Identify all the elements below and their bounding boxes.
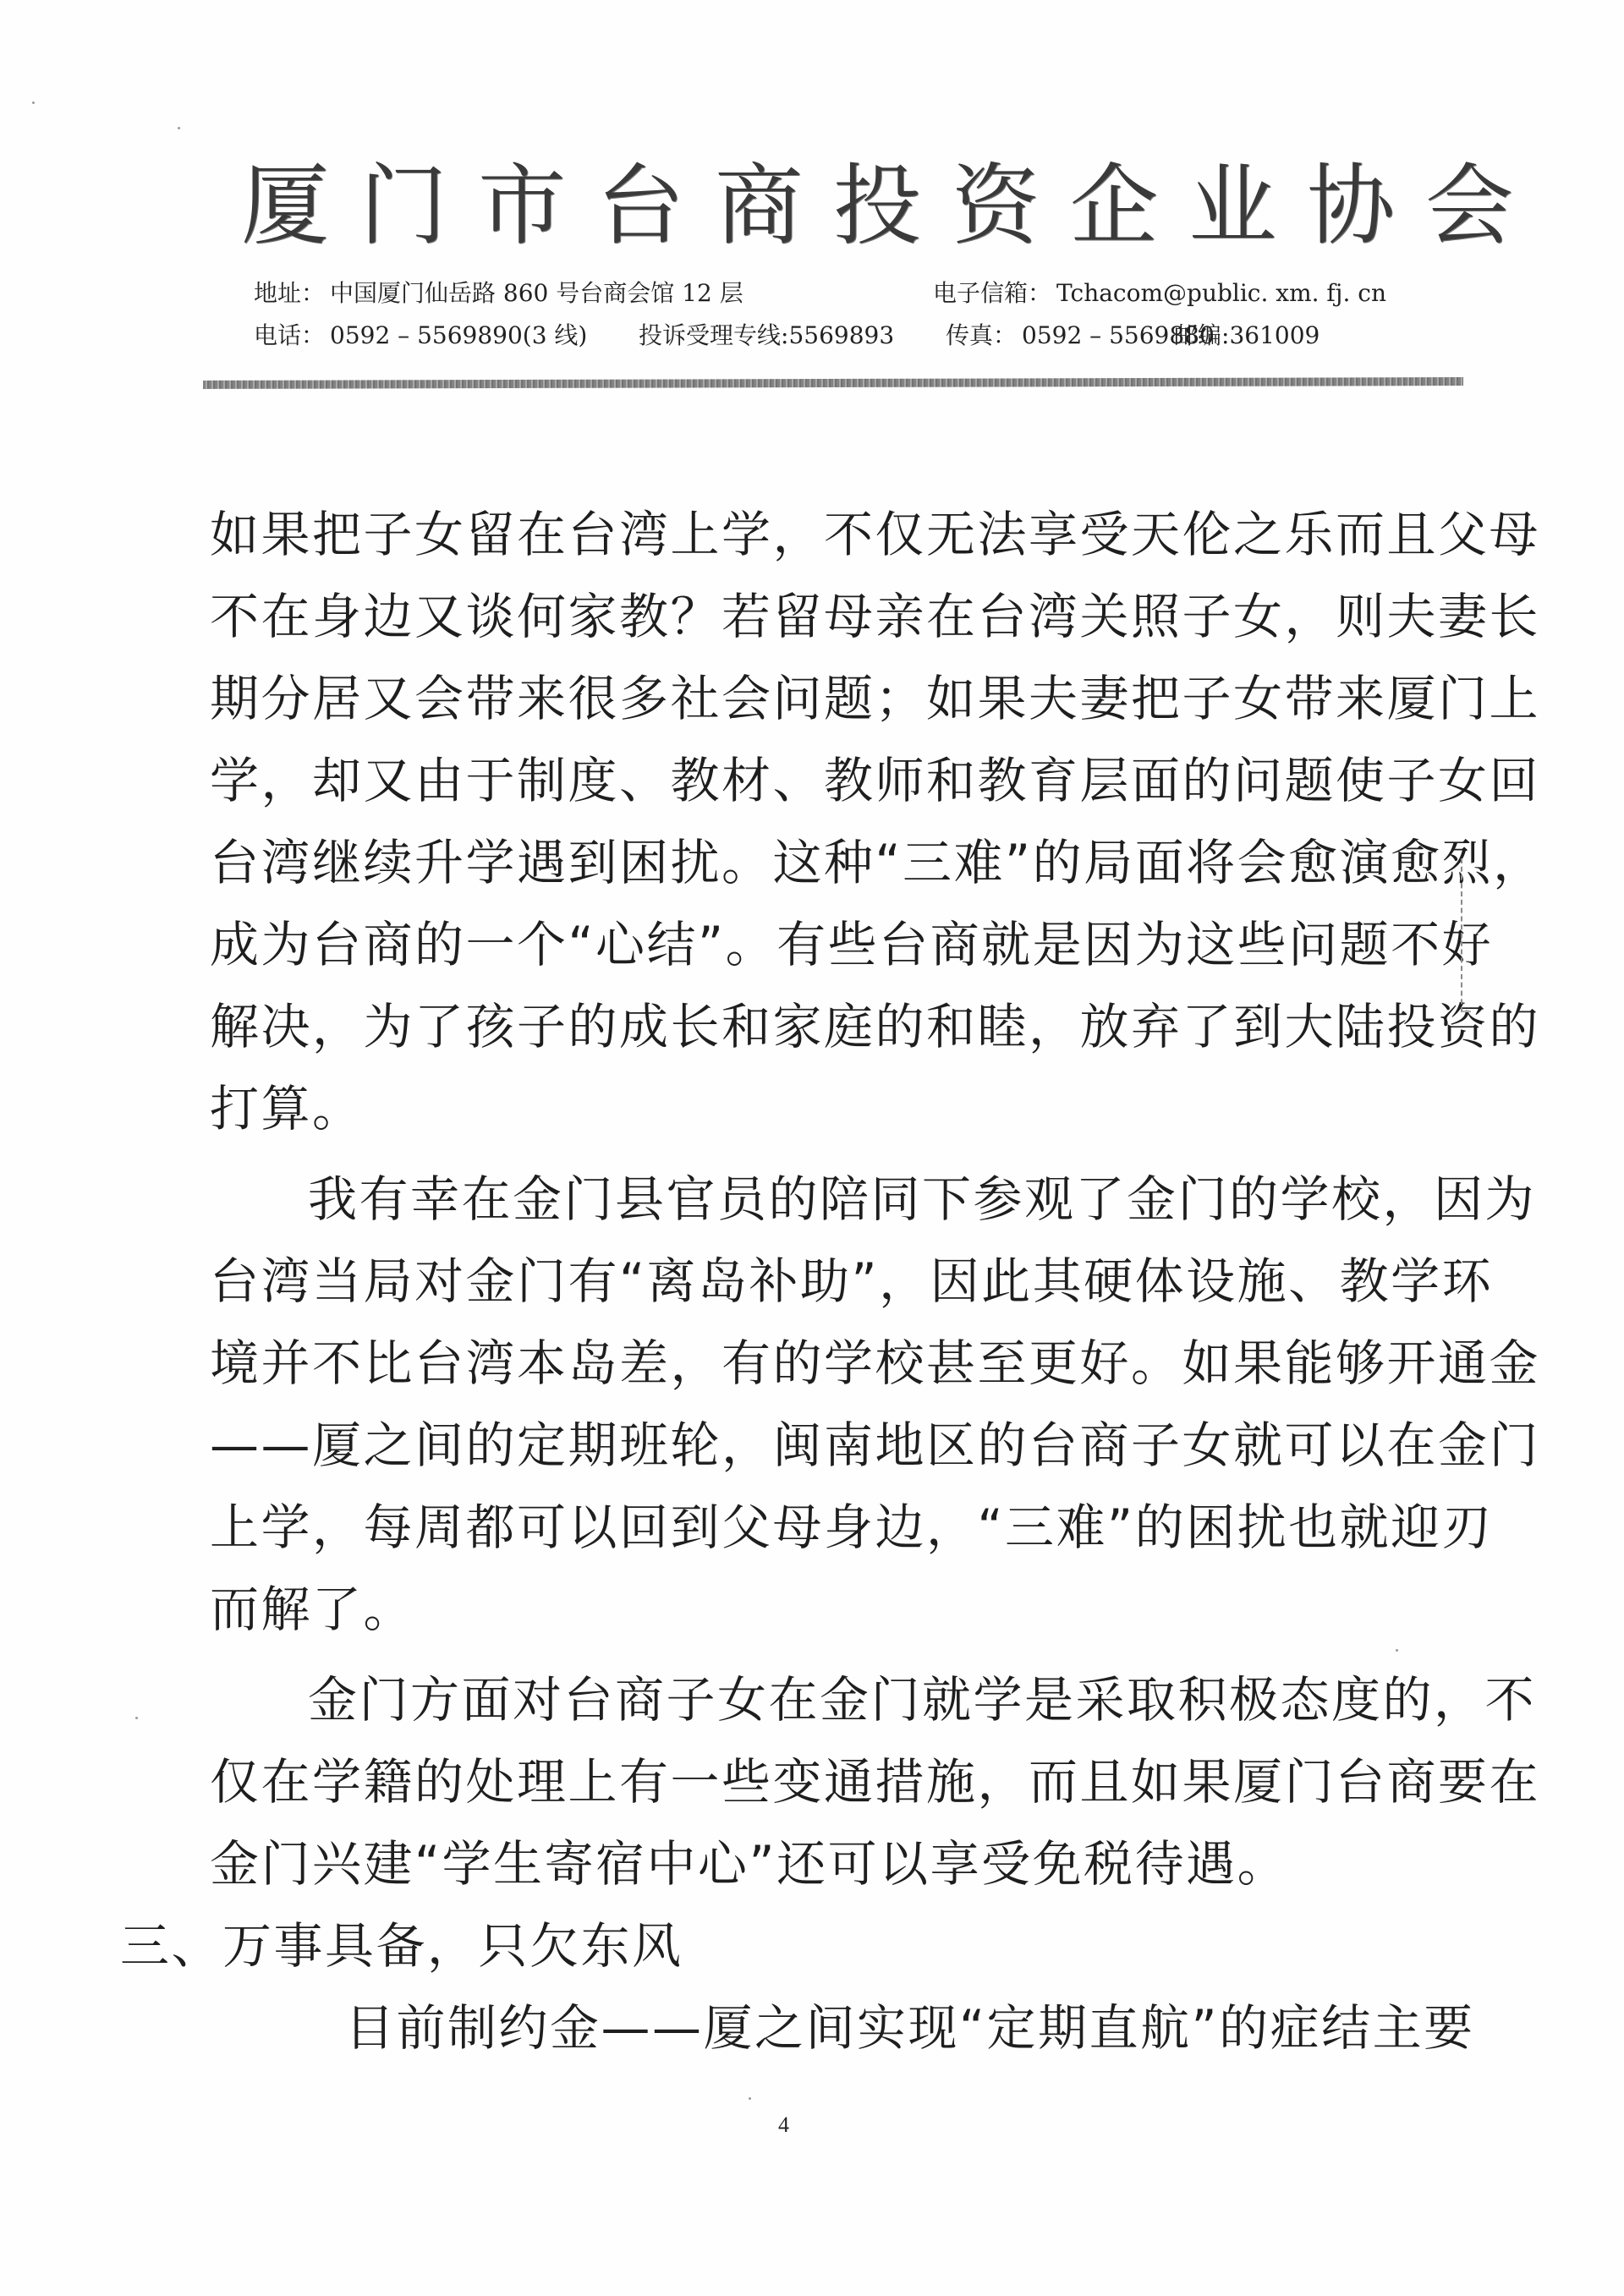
scan-speck	[32, 101, 35, 104]
fax-label: 传真：	[946, 321, 1017, 349]
body-line: 不在身边又谈何家教？若留母亲在台湾关照子女，则夫妻长	[210, 587, 1462, 646]
address-label: 地址：	[254, 279, 325, 307]
email-value: Tchacom@public. xm. fj. cn	[1056, 279, 1386, 307]
postcode-value: 361009	[1229, 321, 1319, 349]
scan-speck	[135, 1717, 138, 1719]
body-line: ——厦之间的定期班轮，闽南地区的台商子女就可以在金门	[210, 1416, 1462, 1475]
paragraph-start-line: 目前制约金——厦之间实现“定期直航”的症结主要	[345, 1998, 1597, 2058]
body-line: 如果把子女留在台湾上学，不仅无法享受天伦之乐而且父母	[210, 505, 1462, 564]
document-page: 厦门市台商投资企业协会 地址：中国厦门仙岳路 860 号台商会馆 12 层 电子…	[0, 0, 1624, 2296]
section-heading: 三、万事具备，只欠东风	[120, 1916, 1372, 1975]
paragraph-start-line: 金门方面对台商子女在金门就学是采取积极态度的，不	[308, 1670, 1560, 1729]
body-line: 上学，每周都可以回到父母身边，“三难”的困扰也就迎刃	[210, 1498, 1462, 1557]
postcode-line: 邮编:361009	[1174, 321, 1319, 350]
phone-label: 电话：	[254, 321, 325, 349]
organization-title: 厦门市台商投资企业协会	[241, 151, 1408, 260]
scan-speck	[178, 127, 180, 129]
phone-value: 0592 – 5569890(3 线)	[330, 321, 587, 349]
body-line: 而解了。	[210, 1580, 1462, 1639]
email-label: 电子信箱：	[933, 279, 1051, 307]
complaint-line: 投诉受理专线:5569893	[639, 321, 894, 350]
postcode-label: 邮编:	[1174, 321, 1229, 349]
address-line: 地址：中国厦门仙岳路 860 号台商会馆 12 层	[254, 279, 743, 308]
body-line: 台湾继续升学遇到困扰。这种“三难”的局面将会愈演愈烈，	[210, 833, 1462, 892]
complaint-value: 5569893	[788, 321, 894, 349]
body-line: 境并不比台湾本岛差，有的学校甚至更好。如果能够开通金	[210, 1334, 1462, 1393]
body-line: 打算。	[210, 1079, 1462, 1138]
margin-bracket-mark	[1461, 858, 1471, 1012]
letterhead-divider	[203, 377, 1463, 389]
body-line: 台湾当局对金门有“离岛补助”，因此其硬体设施、教学环	[210, 1252, 1462, 1311]
body-line: 成为台商的一个“心结”。有些台商就是因为这些问题不好	[210, 915, 1462, 974]
body-line: 金门兴建“学生寄宿中心”还可以享受免税待遇。	[210, 1834, 1462, 1893]
scan-speck	[749, 2097, 751, 2100]
body-line: 学，却又由于制度、教材、教师和教育层面的问题使子女回	[210, 751, 1462, 810]
body-line: 仅在学籍的处理上有一些变通措施，而且如果厦门台商要在	[210, 1752, 1462, 1811]
scan-speck	[1396, 1649, 1398, 1652]
body-line: 解决，为了孩子的成长和家庭的和睦，放弃了到大陆投资的	[210, 997, 1462, 1056]
page-number: 4	[778, 2112, 789, 2138]
phone-line: 电话：0592 – 5569890(3 线)	[254, 321, 587, 350]
email-line: 电子信箱：Tchacom@public. xm. fj. cn	[933, 279, 1386, 308]
complaint-label: 投诉受理专线:	[639, 321, 788, 349]
address-value: 中国厦门仙岳路 860 号台商会馆 12 层	[330, 279, 743, 307]
body-line: 期分居又会带来很多社会问题；如果夫妻把子女带来厦门上	[210, 669, 1462, 728]
paragraph-start-line: 我有幸在金门县官员的陪同下参观了金门的学校，因为	[308, 1170, 1560, 1229]
